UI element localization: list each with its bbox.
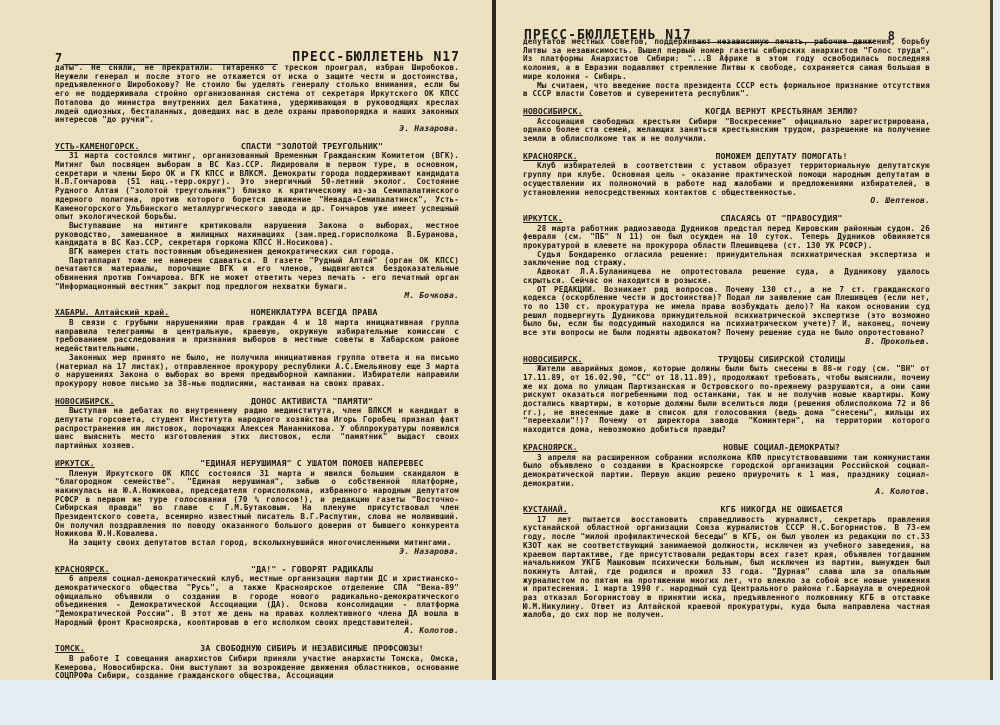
right-column: депутатов местных Советов, поддерживают …	[523, 38, 930, 620]
article-title: ТРУЩОБЫ СИБИРСКОЙ СТОЛИЦЫ	[633, 355, 930, 364]
article-dateline: КУСТАНАЙ.	[523, 506, 633, 515]
article-paragraph: Ассоциация свободных крестьян Сибири "Во…	[523, 118, 930, 144]
article-dateline: УСТЬ-КАМЕНОГОРСК.	[55, 143, 165, 152]
article-header: УСТЬ-КАМЕНОГОРСК.СПАСТИ "ЗОЛОТОЙ ТРЕУГОЛ…	[55, 142, 459, 152]
article-author: А. Колотов.	[523, 488, 930, 497]
article-paragraph: Пленум Иркутского ОК КПСС состоялся 31 м…	[55, 470, 459, 540]
article: ИРКУТСК.СПАСАЯСЬ ОТ "ПРАВОСУДИЯ"28 марта…	[523, 214, 930, 347]
article: НОВОСИБИРСК.ТРУЩОБЫ СИБИРСКОЙ СТОЛИЦЫЖит…	[523, 355, 930, 435]
article-paragraph: ОТ РЕДАКЦИИ. Возникает ряд вопросов. Поч…	[523, 286, 930, 338]
right-page: ПРЕСС-БЮЛЛЕТЕНЬ N17 8 депутатов местных …	[496, 0, 990, 680]
article-title: НОМЕНКЛАТУРА ВСЕГДА ПРАВА	[169, 308, 459, 317]
article-dateline: НОВОСИБИРСК.	[523, 356, 633, 365]
article-title: "ДА!" - ГОВОРЯТ РАДИКАЛЫ	[165, 565, 459, 574]
article: КУСТАНАЙ.КГБ НИКОГДА НЕ ОШИБАЕТСЯ17 лет …	[523, 505, 930, 620]
article-title: ДОНОС АКТИВИСТА "ПАМЯТИ"	[165, 397, 459, 406]
article-header: ТОМСК.ЗА СВОБОДНУЮ СИБИРЬ И НЕЗАВИСИМЫЕ …	[55, 644, 459, 654]
article-paragraph: 17 лет пытается восстановить справедливо…	[523, 516, 930, 620]
article-paragraph: Жители аварийных домов, которые должны б…	[523, 365, 930, 435]
article-header: НОВОСИБИРСК.ДОНОС АКТИВИСТА "ПАМЯТИ"	[55, 397, 459, 407]
article-dateline: НОВОСИБИРСК.	[55, 398, 165, 407]
article-paragraph: На защиту своих депутатов встал город, в…	[55, 539, 459, 548]
article-paragraph: Судья Бондаренко огласила решение: прину…	[523, 251, 930, 268]
article: КРАСНОЯРСК.НОВЫЕ СОЦИАЛ-ДЕМОКРАТЫ?3 апре…	[523, 443, 930, 497]
article-author: В. Прокопьев.	[523, 338, 930, 347]
article-paragraph: В связи с грубыми нарушениями прав гражд…	[55, 319, 459, 354]
continued-text: даты". Не сняли, не прекратили. Титаренк…	[55, 64, 459, 125]
article-dateline: ТОМСК.	[55, 645, 165, 654]
article-paragraph: Выступая на дебатах по внутреннему радио…	[55, 407, 459, 451]
article-dateline: ИРКУТСК.	[55, 460, 165, 469]
article-header: ИРКУТСК."ЕДИНАЯ НЕРУШИМАЯ" С УШАТОМ ПОМО…	[55, 459, 459, 469]
article-author: Э. Назарова.	[55, 548, 459, 557]
article-header: КРАСНОЯРСК.НОВЫЕ СОЦИАЛ-ДЕМОКРАТЫ?	[523, 443, 930, 453]
article-title: ЗА СВОБОДНУЮ СИБИРЬ И НЕЗАВИСИМЫЕ ПРОФСО…	[165, 644, 459, 653]
article-title: ПОМОЖЕМ ДЕПУТАТУ ПОМОГАТЬ!	[633, 152, 930, 161]
left-column: даты". Не сняли, не прекратили. Титаренк…	[55, 64, 459, 681]
article-paragraph: 31 марта состоялся митинг, организованны…	[55, 152, 459, 222]
article-dateline: ХАБАРЫ. Алтайский край.	[55, 309, 169, 318]
article-dateline: КРАСНОЯРСК.	[523, 153, 633, 162]
article-dateline: КРАСНОЯРСК.	[55, 566, 165, 575]
article-paragraph: В работе I совещания анархистов Сибири п…	[55, 655, 459, 681]
article-header: КРАСНОЯРСК.ПОМОЖЕМ ДЕПУТАТУ ПОМОГАТЬ!	[523, 152, 930, 162]
article-paragraph: Законных мер принято не было, не получил…	[55, 354, 459, 389]
article-title: СПАСТИ "ЗОЛОТОЙ ТРЕУГОЛЬНИК"	[165, 142, 459, 151]
left-page: 7 ПРЕСС-БЮЛЛЕТЕНЬ N17 даты". Не сняли, н…	[0, 0, 493, 680]
article-header: КУСТАНАЙ.КГБ НИКОГДА НЕ ОШИБАЕТСЯ	[523, 505, 930, 515]
article-title: НОВЫЕ СОЦИАЛ-ДЕМОКРАТЫ?	[633, 443, 930, 452]
article: КРАСНОЯРСК."ДА!" - ГОВОРЯТ РАДИКАЛЫ6 апр…	[55, 565, 459, 637]
article-paragraph: Партаппарат тоже не намерен сдаваться. В…	[55, 257, 459, 292]
article-header: КРАСНОЯРСК."ДА!" - ГОВОРЯТ РАДИКАЛЫ	[55, 565, 459, 575]
article: НОВОСИБИРСК.КОГДА ВЕРНУТ КРЕСТЬЯНАМ ЗЕМЛ…	[523, 107, 930, 144]
page-edge	[990, 0, 993, 680]
article-header: ИРКУТСК.СПАСАЯСЬ ОТ "ПРАВОСУДИЯ"	[523, 214, 930, 224]
article-header: ХАБАРЫ. Алтайский край.НОМЕНКЛАТУРА ВСЕГ…	[55, 308, 459, 318]
article: УСТЬ-КАМЕНОГОРСК.СПАСТИ "ЗОЛОТОЙ ТРЕУГОЛ…	[55, 142, 459, 301]
article-dateline: НОВОСИБИРСК.	[523, 108, 633, 117]
article-paragraph: Выступавшие на митинге критиковали наруш…	[55, 222, 459, 248]
article-title: "ЕДИНАЯ НЕРУШИМАЯ" С УШАТОМ ПОМОЕВ НАПЕР…	[165, 459, 459, 468]
article-dateline: КРАСНОЯРСК.	[523, 444, 633, 453]
article-paragraph: 3 апреля на расширенном собрании исполко…	[523, 454, 930, 489]
article-paragraph: 28 марта работник радиозавода Дудников п…	[523, 225, 930, 251]
article-paragraph: Клуб избирателей в соответствии с уставо…	[523, 162, 930, 197]
article-paragraph: Адвокат Л.А.Буланинцева не опротестовала…	[523, 268, 930, 285]
article-title: КГБ НИКОГДА НЕ ОШИБАЕТСЯ	[633, 505, 930, 514]
article-paragraph: 6 апреля социал-демократический клуб, ме…	[55, 575, 459, 627]
article-header: НОВОСИБИРСК.ТРУЩОБЫ СИБИРСКОЙ СТОЛИЦЫ	[523, 355, 930, 365]
article-author: О. Шептенов.	[523, 197, 930, 206]
article: ТОМСК.ЗА СВОБОДНУЮ СИБИРЬ И НЕЗАВИСИМЫЕ …	[55, 644, 459, 681]
article: КРАСНОЯРСК.ПОМОЖЕМ ДЕПУТАТУ ПОМОГАТЬ!Клу…	[523, 152, 930, 206]
article-title: КОГДА ВЕРНУТ КРЕСТЬЯНАМ ЗЕМЛЮ?	[633, 107, 930, 116]
article: ХАБАРЫ. Алтайский край.НОМЕНКЛАТУРА ВСЕГ…	[55, 308, 459, 388]
article-author: А. Колотов.	[55, 627, 459, 636]
article-header: НОВОСИБИРСК.КОГДА ВЕРНУТ КРЕСТЬЯНАМ ЗЕМЛ…	[523, 107, 930, 117]
article-author: М. Бочкова.	[55, 292, 459, 301]
article-author: Э. Назарова.	[55, 125, 459, 134]
article: НОВОСИБИРСК.ДОНОС АКТИВИСТА "ПАМЯТИ"Выст…	[55, 397, 459, 451]
article: ИРКУТСК."ЕДИНАЯ НЕРУШИМАЯ" С УШАТОМ ПОМО…	[55, 459, 459, 557]
continued-text: Мы считаем, что введение поста президент…	[523, 82, 930, 99]
continued-text: депутатов местных Советов, поддерживают …	[523, 38, 930, 82]
article-title: СПАСАЯСЬ ОТ "ПРАВОСУДИЯ"	[633, 214, 930, 223]
article-dateline: ИРКУТСК.	[523, 215, 633, 224]
